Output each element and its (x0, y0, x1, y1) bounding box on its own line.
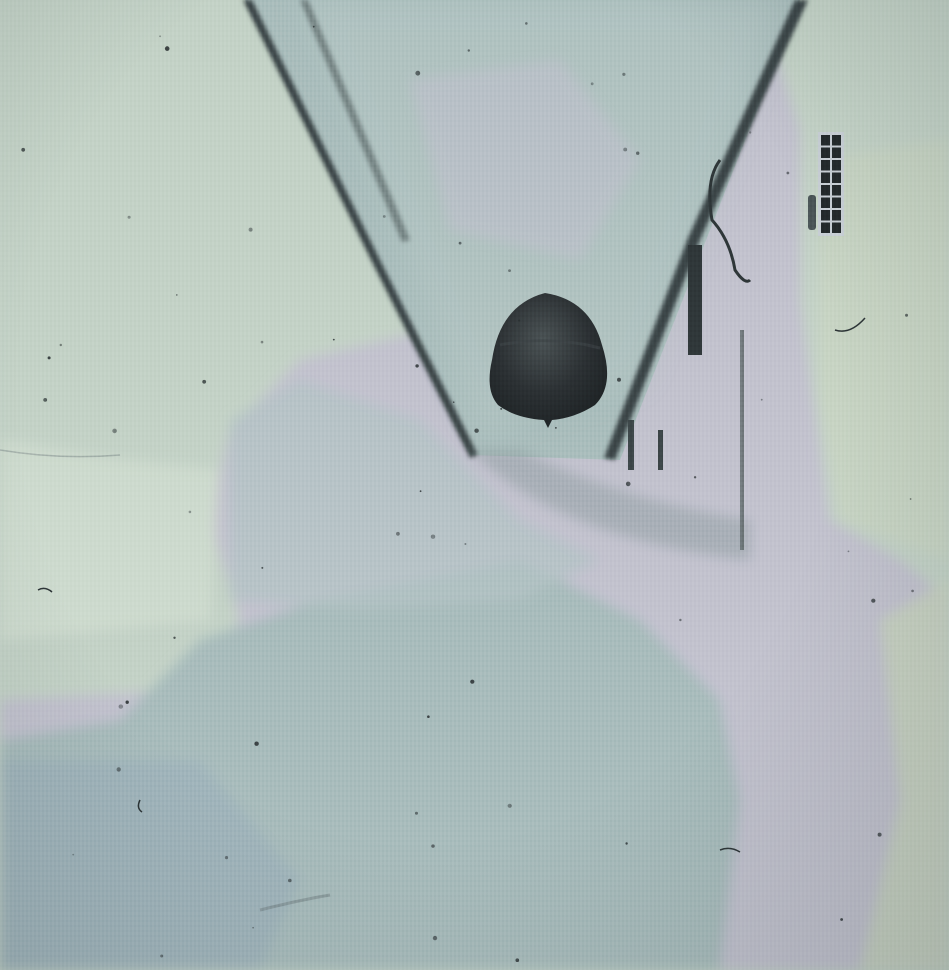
mounted-box (688, 245, 702, 355)
photo-canvas (0, 0, 949, 970)
vertical-post (740, 330, 744, 550)
photo-scene (0, 0, 949, 970)
